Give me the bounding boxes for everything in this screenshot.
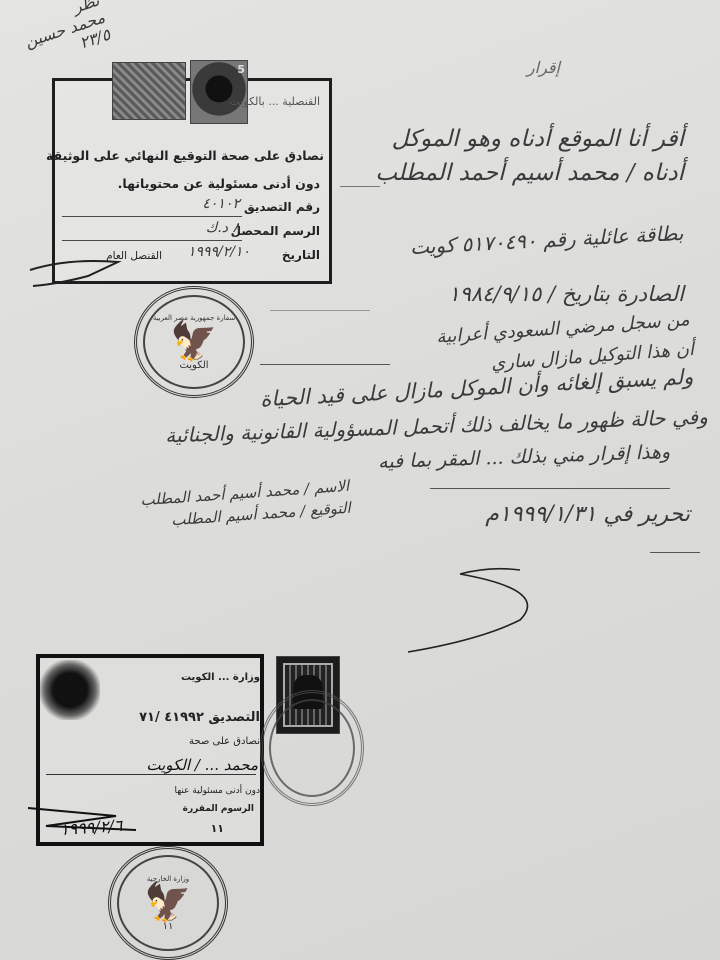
- revenue-stamp-icon: 5: [190, 60, 248, 124]
- divider: [340, 186, 380, 187]
- ink-smudge: [40, 660, 100, 720]
- cert-field-label: التاريخ: [282, 248, 320, 262]
- divider: [430, 488, 670, 489]
- cert-field-value: ١٩٩٩/٢/١٠: [188, 244, 250, 260]
- body-line: الصادرة بتاريخ / ١٩٨٤/٩/١٥: [448, 282, 684, 306]
- divider: [62, 240, 242, 241]
- ministry-seal: [260, 690, 364, 806]
- cert-field-value: ٨ د.ك: [206, 220, 240, 236]
- signature-block: الاسم / محمد أسيم أحمد المطلب التوقيع / …: [140, 475, 352, 533]
- signature-scribble-icon: [28, 250, 148, 290]
- cert-statement-line: نصادق على صحة التوقيع النهائي على الوثيق…: [46, 148, 324, 163]
- pen-stroke-icon: [400, 560, 540, 660]
- bottom-stamp-line: محمد ... / الكويت: [146, 756, 258, 774]
- cert-heading: القنصلية ... بالكويت: [229, 95, 320, 108]
- bottom-stamp-line: ١١: [211, 822, 224, 835]
- body-line: وهذا إقرار مني بذلك ... المقر بما فيه: [378, 441, 671, 473]
- body-line: بطاقة عائلية رقم ٥١٧٠٤٩٠ كويت: [410, 221, 684, 259]
- document-heading: إقرار: [527, 58, 560, 77]
- bottom-stamp-line: الرسوم المقررة: [183, 804, 254, 814]
- bottom-stamp-line: دون أدنى مسئولية عنها: [174, 786, 260, 796]
- body-line: ولم يسبق إلغائه وأن الموكل مازال على قيد…: [260, 365, 694, 412]
- divider: [650, 552, 700, 553]
- body-line: أدناه / محمد أسيم أحمد المطلب: [375, 160, 684, 186]
- signature-label: التوقيع: [309, 499, 351, 520]
- cert-field-label: رقم التصديق: [244, 200, 320, 214]
- date-label: تحرير في: [603, 502, 690, 527]
- signature-scribble-icon: [26, 800, 156, 840]
- divider: [62, 216, 242, 217]
- date-line: تحرير في ١٩٩٩/١/٣١م: [485, 502, 690, 527]
- name-label: الاسم: [313, 477, 349, 497]
- body-line: أقر أنا الموقع أدناه وهو الموكل: [392, 126, 684, 152]
- seal-ring: [269, 699, 355, 797]
- seal-ring: [143, 295, 245, 389]
- bottom-stamp-line: نصادق على صحة: [189, 736, 260, 747]
- embassy-seal: سفارة جمهورية مصر العربية 🦅 الكويت: [134, 286, 254, 398]
- divider: [260, 364, 390, 365]
- cert-field-value: ٤٠١٠٢: [202, 196, 240, 212]
- bottom-stamp-heading: وزارة ... الكويت: [181, 672, 260, 683]
- cert-field-label: الرسم المحصل: [231, 224, 320, 238]
- bottom-stamp-line: التصديق ٤١٩٩٢ /٧١: [139, 710, 260, 725]
- date-value: ١٩٩٩/١/٣١م: [485, 502, 596, 527]
- divider: [46, 774, 256, 775]
- foreign-ministry-seal: وزارة الخارجية 🦅 ١١: [108, 846, 228, 960]
- body-line: وفي حالة ظهور ما يخالف ذلك أتحمل المسؤول…: [165, 405, 708, 448]
- divider: [270, 310, 370, 311]
- cert-statement-line: دون أدنى مسئولية عن محتوياتها.: [118, 176, 320, 191]
- revenue-stamp-icon: [112, 62, 186, 120]
- revenue-stamp-value: 5: [237, 63, 245, 76]
- seal-ring: [117, 855, 219, 951]
- corner-note: نظر محمد حسين ٢٣/٥: [2, 0, 113, 73]
